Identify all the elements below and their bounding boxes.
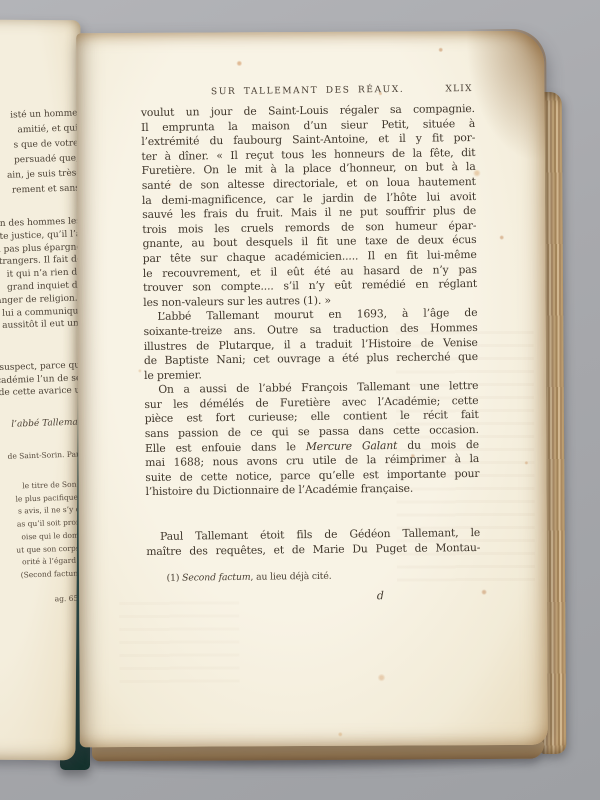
left-page-text-fragment: persuadé que, <box>14 153 79 166</box>
left-page-text-fragment: grand inquiet de <box>7 280 81 293</box>
left-page-text-fragment: it qui n’a rien de <box>7 268 81 281</box>
running-header-title: SUR TALLEMANT DES RÉAUX. <box>211 83 404 100</box>
photo-of-open-book: isté un hommeamitié, et quis que de votr… <box>0 0 600 800</box>
left-page-text-fragment: ut que son corps de <box>16 542 80 555</box>
paragraph: On a aussi de l’abbé François Tallemant … <box>144 379 479 500</box>
left-page-text-fragment: n des hommes les <box>0 216 81 230</box>
left-page-text-fragment: amitié, et qui <box>17 123 78 136</box>
paragraph: voulut un jour de Saint-Louis régaler sa… <box>141 102 477 310</box>
left-page-text-fragment: de cette avarice un <box>0 386 81 400</box>
left-page-text-fragment: de Saint-Sorin. Paris, <box>7 448 80 462</box>
left-page-text-fragment: s avis, il ne s’y opi- <box>18 504 81 517</box>
right-page: SUR TALLEMANT DES RÉAUX. XLIX voulut un … <box>76 31 548 747</box>
left-page-text-fragment: ette justice, qu’il l’a <box>0 229 81 243</box>
left-page-text-fragment: isté un homme <box>10 108 78 121</box>
page-number: XLIX <box>445 82 472 97</box>
left-page-text-fragment: t suspect, parce que <box>0 360 81 374</box>
left-page-text-fragment: le titre de Son In- <box>22 478 80 491</box>
footnote: (1) Second factum, au lieu déjà cité. <box>147 569 481 585</box>
left-page-text-fragment: étrangers. Il fait de <box>0 255 81 269</box>
left-page-text-fragment: aussitôt il eut une <box>2 319 81 333</box>
left-page-text-fragment: le plus pacifique de <box>15 491 80 504</box>
left-page: isté un hommeamitié, et quis que de votr… <box>0 20 81 761</box>
paragraph: L’abbé Tallemant mourut en 1693, à l’âge… <box>143 306 478 383</box>
left-page-text-fragment: rement et sans <box>12 183 80 196</box>
printed-text-block: SUR TALLEMANT DES RÉAUX. XLIX voulut un … <box>141 82 481 607</box>
left-page-text-fragment: lui a communiqué <box>2 306 81 320</box>
left-page-text-fragment: as qu’il soit promp- <box>17 516 81 529</box>
text-line: l’histoire du Dictionnaire de l’Académie… <box>145 481 479 500</box>
left-page-text-column: isté un hommeamitié, et quis que de votr… <box>0 20 81 760</box>
left-page-text-fragment: anger de religion... <box>0 293 81 307</box>
left-page-text-fragment: a pas plus épargné <box>0 242 81 256</box>
running-header: SUR TALLEMANT DES RÉAUX. XLIX <box>141 82 475 99</box>
body-paragraphs: voulut un jour de Saint-Louis régaler sa… <box>141 102 481 559</box>
left-page-text-fragment: ain, je suis très- <box>7 168 80 181</box>
left-page-text-fragment: orité à l’égard des <box>22 554 81 567</box>
left-page-text-fragment: s que de votre <box>13 138 78 151</box>
paragraph: Paul Tallemant étoit fils de Gédéon Tall… <box>146 526 480 559</box>
left-page-text-fragment: cadémie l’un de ses <box>0 373 81 387</box>
left-page-text-fragment: l’abbé Tallemant <box>11 417 80 430</box>
left-page-text-fragment: oise qui le domine <box>21 529 80 542</box>
left-page-text-fragment: (Second factum de <box>21 567 81 580</box>
text-line: maître des requêtes, et de Marie Du Puge… <box>146 541 480 560</box>
